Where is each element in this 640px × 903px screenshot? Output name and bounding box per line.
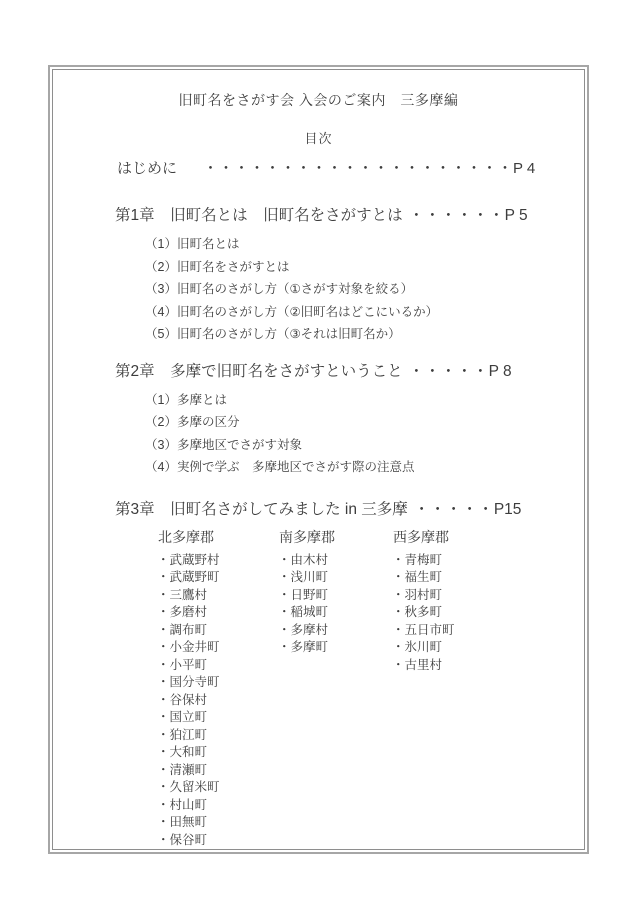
toc-subitem: （2）多摩の区分 (145, 411, 584, 434)
toc-entry-intro-label: はじめに (117, 161, 177, 177)
chapter-3-title: 第3章 旧町名さがしてみました in 三多摩 (115, 502, 408, 518)
chapter-2-title: 第2章 多摩で旧町名をさがすということ (115, 364, 403, 380)
region-item: ・狛江町 (157, 727, 278, 745)
chapter-3-heading: 第3章 旧町名さがしてみました in 三多摩 ・・・・・ P15 (115, 502, 584, 518)
page-number: P 8 (489, 364, 512, 380)
region-item: ・浅川町 (278, 569, 392, 587)
page-number: P15 (494, 502, 522, 518)
region-item: ・稲城町 (278, 604, 392, 622)
region-item: ・由木村 (278, 552, 392, 570)
chapter-2-heading: 第2章 多摩で旧町名をさがすということ ・・・・・ P 8 (115, 364, 584, 380)
page-number: P 5 (505, 208, 528, 224)
region-item: ・五日市町 (392, 622, 455, 640)
region-column-minamitama: 南多摩郡 ・由木村 ・浅川町 ・日野町 ・稲城町 ・多摩村 ・多摩町 (278, 530, 392, 850)
region-item-list: ・武蔵野村 ・武蔵野町 ・三鷹村 ・多磨村 ・調布町 ・小金井町 ・小平町 ・国… (157, 552, 278, 850)
chapter-1-heading: 第1章 旧町名とは 旧町名をさがすとは ・・・・・・ P 5 (115, 208, 584, 224)
document-title: 旧町名をさがす会 入会のご案内 三多摩編 (53, 93, 584, 107)
region-item: ・多磨村 (157, 604, 278, 622)
region-header: 北多摩郡 (158, 530, 278, 544)
region-item: ・日野町 (278, 587, 392, 605)
region-item: ・国分寺町 (157, 674, 278, 692)
region-item: ・多摩町 (278, 639, 392, 657)
region-item: ・多摩村 (278, 622, 392, 640)
toc-heading: 目次 (53, 132, 584, 145)
region-item: ・武蔵野町 (157, 569, 278, 587)
region-item: ・古里村 (392, 657, 455, 675)
dot-leader: ・・・・・・ (409, 208, 505, 224)
region-columns: 北多摩郡 ・武蔵野村 ・武蔵野町 ・三鷹村 ・多磨村 ・調布町 ・小金井町 ・小… (157, 530, 584, 850)
dot-leader: ・・・・・・・・・・・・・・・・・・・・ (203, 161, 513, 177)
toc-subitem: （3）旧町名のさがし方（①さがす対象を絞る） (145, 278, 584, 301)
region-item: ・田無町 (157, 814, 278, 832)
region-item: ・三鷹村 (157, 587, 278, 605)
region-item: ・保谷町 (157, 832, 278, 850)
page-number: P 4 (513, 161, 535, 177)
region-item: ・福生町 (392, 569, 455, 587)
page-border-inner: 旧町名をさがす会 入会のご案内 三多摩編 目次 はじめに ・・・・・・・・・・・… (52, 69, 585, 850)
region-item-list: ・由木村 ・浅川町 ・日野町 ・稲城町 ・多摩村 ・多摩町 (278, 552, 392, 657)
chapter-1-subitems: （1）旧町名とは （2）旧町名をさがすとは （3）旧町名のさがし方（①さがす対象… (145, 233, 584, 346)
region-column-kitatama: 北多摩郡 ・武蔵野村 ・武蔵野町 ・三鷹村 ・多磨村 ・調布町 ・小金井町 ・小… (157, 530, 278, 850)
toc-subitem: （5）旧町名のさがし方（③それは旧町名か） (145, 323, 584, 346)
region-item: ・国立町 (157, 709, 278, 727)
dot-leader: ・・・・・ (414, 502, 494, 518)
toc-subitem: （1）多摩とは (145, 389, 584, 412)
toc-subitem: （3）多摩地区でさがす対象 (145, 434, 584, 457)
region-item-list: ・青梅町 ・福生町 ・羽村町 ・秋多町 ・五日市町 ・氷川町 ・古里村 (392, 552, 455, 675)
region-item: ・小金井町 (157, 639, 278, 657)
page-border: 旧町名をさがす会 入会のご案内 三多摩編 目次 はじめに ・・・・・・・・・・・… (48, 65, 589, 854)
dot-leader: ・・・・・ (409, 364, 489, 380)
region-item: ・武蔵野村 (157, 552, 278, 570)
region-item: ・小平町 (157, 657, 278, 675)
region-column-nishitama: 西多摩郡 ・青梅町 ・福生町 ・羽村町 ・秋多町 ・五日市町 ・氷川町 ・古里村 (392, 530, 455, 850)
chapter-1-title: 第1章 旧町名とは 旧町名をさがすとは (115, 208, 403, 224)
toc-subitem: （2）旧町名をさがすとは (145, 256, 584, 279)
region-item: ・羽村町 (392, 587, 455, 605)
region-item: ・谷保村 (157, 692, 278, 710)
region-item: ・清瀬町 (157, 762, 278, 780)
chapter-2-subitems: （1）多摩とは （2）多摩の区分 （3）多摩地区でさがす対象 （4）実例で学ぶ … (145, 389, 584, 479)
region-header: 西多摩郡 (393, 530, 455, 544)
region-item: ・秋多町 (392, 604, 455, 622)
region-header: 南多摩郡 (279, 530, 392, 544)
region-item: ・大和町 (157, 744, 278, 762)
region-item: ・久留米町 (157, 779, 278, 797)
toc-entry-intro: はじめに ・・・・・・・・・・・・・・・・・・・・ P 4 (117, 161, 584, 177)
region-item: ・青梅町 (392, 552, 455, 570)
toc-subitem: （4）実例で学ぶ 多摩地区でさがす際の注意点 (145, 456, 584, 479)
region-item: ・村山町 (157, 797, 278, 815)
region-item: ・氷川町 (392, 639, 455, 657)
region-item: ・調布町 (157, 622, 278, 640)
toc-subitem: （4）旧町名のさがし方（②旧町名はどこにいるか） (145, 301, 584, 324)
toc-subitem: （1）旧町名とは (145, 233, 584, 256)
